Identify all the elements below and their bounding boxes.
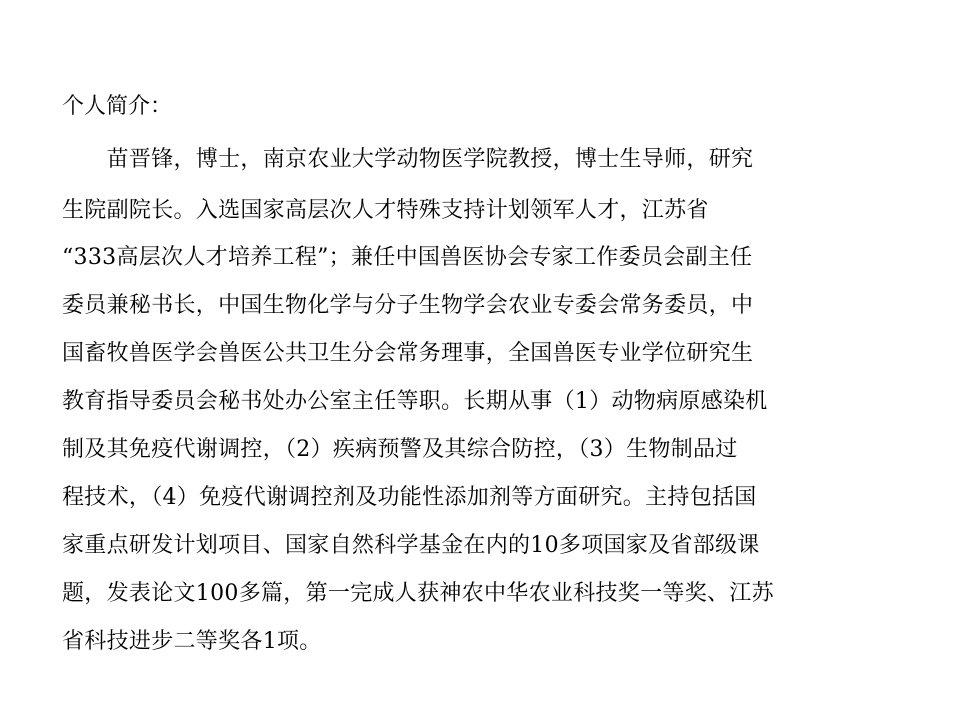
bio-line: 生院副院长。入选国家高层次人才特殊支持计划领军人才，江苏省 <box>62 197 709 225</box>
bio-line: 省科技进步二等奖各1项。 <box>62 628 322 656</box>
bio-line: 苗晋锋，博士，南京农业大学动物医学院教授，博士生导师，研究 <box>62 146 753 174</box>
bio-line: 程技术，（4）免疫代谢调控剂及功能性添加剂等方面研究。主持包括国 <box>62 484 757 512</box>
bio-line: 制及其免疫代谢调控，（2）疾病预警及其综合防控，（3）生物制品过 <box>62 436 738 464</box>
bio-line: 教育指导委员会秘书处办公室主任等职。长期从事（1）动物病原感染机 <box>62 388 768 416</box>
bio-heading: 个人简介： <box>62 93 172 121</box>
bio-line: 题，发表论文100多篇，第一完成人获神农中华农业科技奖一等奖、江苏 <box>62 580 774 608</box>
bio-line: 家重点研发计划项目、国家自然科学基金在内的10多项国家及省部级课 <box>62 532 760 560</box>
bio-line: “333高层次人才培养工程”；兼任中国兽医协会专家工作委员会副主任 <box>62 244 752 272</box>
bio-line: 委员兼秘书长，中国生物化学与分子生物学会农业专委会常务委员，中 <box>62 292 753 320</box>
bio-line: 国畜牧兽医学会兽医公共卫生分会常务理事，全国兽医专业学位研究生 <box>62 340 753 368</box>
